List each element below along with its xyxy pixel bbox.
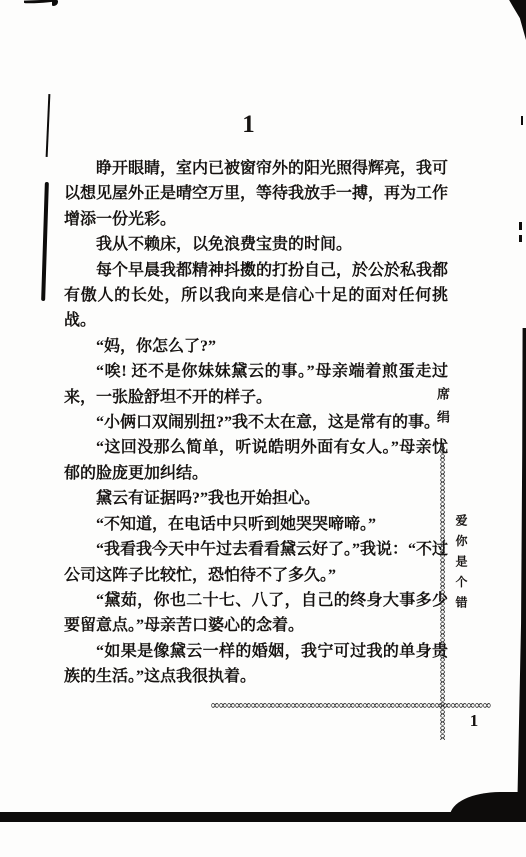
scan-dash-right-2 [519,222,522,230]
paragraph: 每个早晨我都精神抖擞的打扮自己，於公於私我都有傲人的长处，所以我向来是信心十足的… [64,258,448,334]
paragraph: “妈，你怎么了?” [64,334,448,359]
scan-corner-bottom-right [450,792,526,818]
scanned-book-page: 1 睁开眼睛，室内已被窗帘外的阳光照得辉亮，我可以想见屋外正是晴空万里，等待我放… [0,0,526,857]
book-title-vertical: 爱你是个错 [453,514,470,617]
scan-dash-right-3 [519,235,522,242]
scan-blob-top-right [504,0,526,40]
chain-pattern: ∞∞∞∞∞∞∞∞∞∞∞∞∞∞∞∞∞∞∞∞∞∞∞∞∞∞∞∞∞∞∞∞∞∞∞∞∞∞∞∞ [437,445,450,740]
paragraph: “这回没那么简单，听说皓明外面有女人。”母亲忧郁的脸庞更加纠结。 [64,435,448,486]
author-name-vertical: 席绢 [433,387,452,433]
paragraph: “我看我今天中午过去看看黛云好了。”我说：“不过公司这阵子比较忙，恐怕待不了多久… [64,537,448,588]
body-text: 睁开眼睛，室内已被窗帘外的阳光照得辉亮，我可以想见屋外正是晴空万里，等待我放手一… [64,156,448,690]
paragraph: 我从不赖床，以免浪费宝贵的时间。 [64,232,448,257]
paragraph: “小俩口双闹别扭?”我不太在意，这是常有的事。 [64,410,448,435]
paragraph: 睁开眼睛，室内已被窗帘外的阳光照得辉亮，我可以想见屋外正是晴空万里，等待我放手一… [64,156,448,232]
chapter-number: 1 [64,111,434,139]
scan-line-left-thick [41,182,49,301]
paragraph: “唉! 还不是你妹妹黛云的事。”母亲端着煎蛋走过来，一张脸舒坦不开的样子。 [64,359,448,410]
paragraph: “如果是像黛云一样的婚姻，我宁可过我的单身贵族的生活。”这点我很执着。 [64,639,448,690]
scan-edge-bottom [0,812,526,822]
scan-line-left-thin [46,94,51,157]
paragraph: “黛茹，你也二十七、八了，自己的终身大事多少要留意点。”母亲苦口婆心的念着。 [64,588,448,639]
scan-edge-right [517,328,526,820]
paragraph: “不知道，在电话中只听到她哭哭啼啼。” [64,512,448,537]
chain-divider-horizontal: ∞∞∞∞∞∞∞∞∞∞∞∞∞∞∞∞∞∞∞∞∞∞∞∞∞∞∞∞∞∞∞∞∞∞∞∞∞∞∞∞ [210,698,491,712]
paragraph: 黛云有证据吗?”我也开始担心。 [64,486,448,511]
page-number: 1 [464,711,484,731]
scan-dash-right-1 [521,116,523,125]
ink-smudge-top-left-tick [52,1,58,6]
